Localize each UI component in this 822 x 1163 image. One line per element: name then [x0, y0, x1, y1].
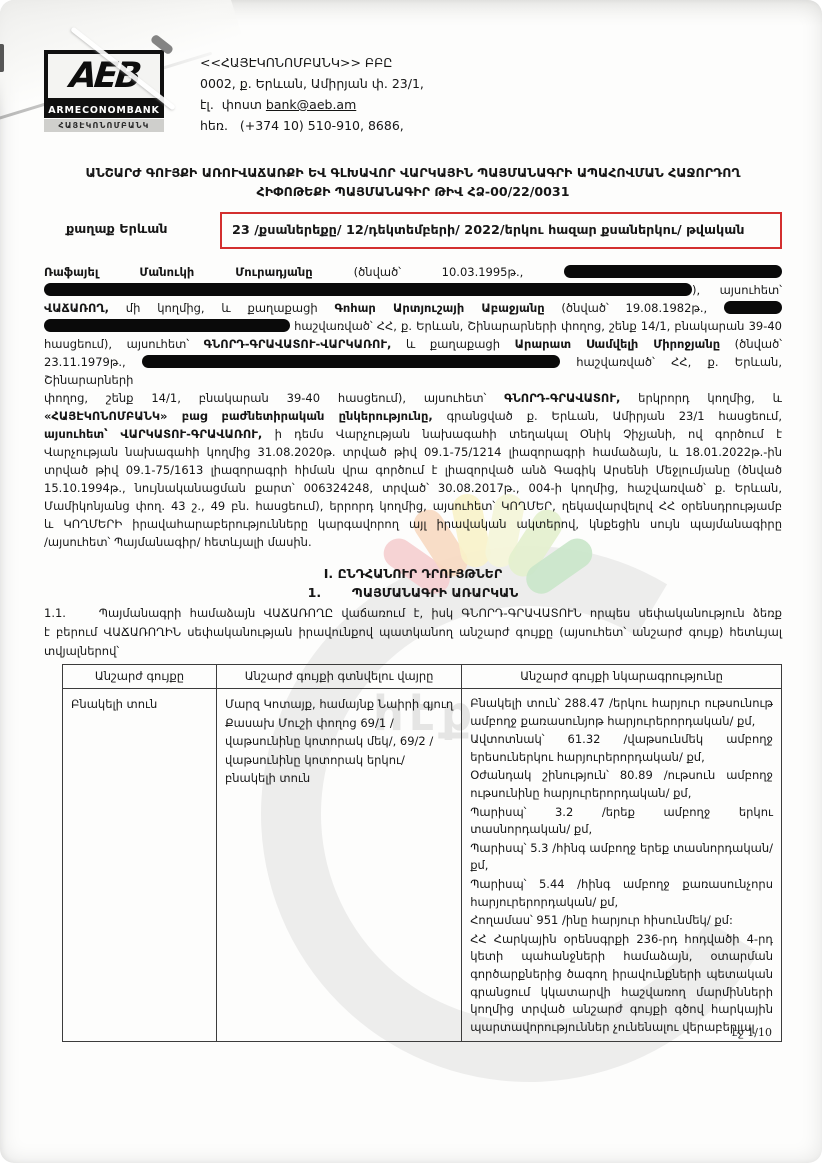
contract-title-line2: ՀԻՓՈԹԵՔԻ ՊԱՅՄԱՆԱԳԻՐ ԹԻՎ ՀՁ-00/22/0031 — [44, 182, 782, 201]
text-run: տվյալներով՝ — [44, 644, 119, 658]
bank-phone: հեռ. (+374 10) 510-910, 8686, — [200, 115, 424, 136]
logo-wordmark: ARMECONOMBANK — [44, 102, 164, 118]
bank-address: 0002, ք. Երևան, Ամիրյան փ. 23/1, — [200, 73, 424, 94]
text-run: ի դեմս Վարչության նախագահի տեղակալ Օնիկ … — [262, 427, 782, 441]
parties-paragraph: Ռաֆայել Մանուկի Մուրադյանը (ծնված՝ 10.03… — [44, 263, 782, 551]
text-line: ՎԱՃԱՌՈՂ, մի կողմից, և քաղաքացի Գոհար Արտ… — [44, 299, 782, 317]
city-label: քաղաք Երևան — [66, 222, 167, 237]
text-line: Մամիկոնյանց փող. 43 շ., 49 բն. հասցեում)… — [44, 497, 782, 515]
contract-date: 23 /քսաներեքը/ 12/դեկտեմբերի/ 2022/երկու… — [232, 223, 744, 238]
description-line: Բնակելի տուն՝ 288.47 /երկու հարյուր ութս… — [470, 695, 773, 730]
text-line: 1.1. Պայմանագրի համաձայն ՎԱՃԱՌՈՂԸ վաճառո… — [44, 604, 782, 623]
property-table: Անշարժ գույքը Անշարժ գույքի գտնվելու վայ… — [62, 664, 782, 1042]
text-run: երկրորդ կողմից, և — [620, 391, 782, 405]
date-red-box: 23 /քսաներեքը/ 12/դեկտեմբերի/ 2022/երկու… — [220, 212, 782, 249]
description-cell: Բնակելի տուն՝ 288.47 /երկու հարյուր ութս… — [462, 689, 782, 1042]
section-heading-general: I. ԸՆԴՀԱՆՈՒՐ ԴՐՈՒՅԹՆԵՐ — [44, 564, 782, 583]
text-run: 15.10.1994թ., նույնականացման քարտ՝ 00632… — [44, 481, 782, 495]
text-run: գրանցված ք. Երևան, Ամիրյան 23/1 հասցեում… — [433, 409, 782, 423]
text-run: հասցեում), այսուհետ՝ — [44, 337, 204, 351]
text-line: 23.11.1979թ., հաշվառված՝ ՀՀ, ք. Երևան, Շ… — [44, 353, 782, 389]
text-run: մի կողմից, և քաղաքացի — [109, 301, 334, 315]
text-run: Վարչության նախագահի կողմից 31.08.2020թ. … — [44, 445, 782, 459]
bank-logo: AEB ARMECONOMBANK ՀԱՅԷԿՈՆՈՄԲԱՆԿ — [44, 50, 164, 132]
text-run: ԳՆՈՐԴ-ԳՐԱՎԱՏՈՒ-ՎԱՐԿԱՌՈՒ, — [204, 337, 392, 351]
col-header-property: Անշարժ գույքը — [63, 665, 217, 689]
text-line: տրված թիվ 09.1-75/1613 լիազորագրի հիման … — [44, 461, 782, 479]
table-row: Բնակելի տուն Մարզ Կոտայք, համայնք Նաիրի … — [63, 689, 782, 1042]
text-line: /այսուհետ՝ Պայմանագիր/ հետևյալի մասին. — [44, 533, 782, 551]
contract-title-line1: ԱՆՇԱՐԺ ԳՈՒՅՔԻ ԱՌՈՒՎԱՃԱՌՔԻ ԵՎ ԳԼԽԱՎՈՐ ՎԱՐ… — [44, 163, 782, 182]
text-run: /այսուհետ՝ Պայմանագիր/ հետևյալի մասին. — [44, 535, 312, 549]
clause-1-1: 1.1. Պայմանագրի համաձայն ՎԱՃԱՌՈՂԸ վաճառո… — [44, 604, 782, 661]
text-run: 23.11.1979թ., — [44, 355, 142, 369]
description-line: Պարիսպ՝ 3.2 /երեք ամբողջ երկու տասնորդակ… — [470, 804, 773, 839]
text-run: Արարատ Սամվելի Միրոջյանը — [515, 337, 720, 351]
bank-email-line: էլ. փոստ bank@aeb.am — [200, 94, 424, 115]
contract-title: ԱՆՇԱՐԺ ԳՈՒՅՔԻ ԱՌՈՒՎԱՃԱՌՔԻ ԵՎ ԳԼԽԱՎՈՐ ՎԱՐ… — [44, 163, 782, 201]
email-label: էլ. փոստ — [200, 97, 266, 112]
text-line: տվյալներով՝ — [44, 642, 782, 661]
section-heading-subject: 1. ՊԱՅՄԱՆԱԳՐԻ ԱՌԱՐԿԱՆ — [44, 583, 782, 602]
table-header-row: Անշարժ գույքը Անշարժ գույքի գտնվելու վայ… — [63, 665, 782, 689]
description-line: Հողամաս՝ 951 /ինը հարյուր հիսունմեկ/ քմ: — [470, 912, 773, 930]
text-line: փողոց, շենք 14/1, բնակարան 39-40 հասցեու… — [44, 389, 782, 407]
logo-aeb-text: AEB — [68, 59, 140, 94]
bank-email: bank@aeb.am — [266, 97, 356, 112]
redaction-bar — [564, 265, 782, 278]
text-line: Վարչության նախագահի կողմից 31.08.2020թ. … — [44, 443, 782, 461]
text-line: և ԿՈՂՄԵՐԻ իրավահարաբերությունները կարգավ… — [44, 515, 782, 533]
description-line: Ավտոտնակ՝ 61.32 /վաթսունմեկ ամբողջ երեսո… — [470, 731, 773, 766]
page-number: էջ 1/10 — [732, 1026, 772, 1039]
text-run: ՎԱՃԱՌՈՂ, — [44, 301, 109, 315]
text-run: (ծնված՝ 19.08.1982թ., — [545, 301, 724, 315]
text-run: Մամիկոնյանց փող. 43 շ., 49 բն. հասցեում)… — [44, 499, 782, 513]
text-run: Գոհար Արտյուշայի Աբաջյանը — [334, 301, 544, 315]
redaction-bar — [44, 319, 290, 332]
text-run: ), այսուհետ՝ — [692, 283, 782, 297]
text-run: տրված թիվ 09.1-75/1613 լիազորագրի հիման … — [44, 463, 782, 477]
text-line: հաշվառված՝ ՀՀ, ք. Երևան, Շինարարների փող… — [44, 317, 782, 335]
text-run: այսուհետ՝ ՎԱՐԿԱՏՈՒ-ԳՐԱՎԱՌՈՒ, — [44, 427, 262, 441]
scanned-contract-page: հէք AEB ARMECONOMBANK ՀԱՅԷԿՈՆՈՄԲԱՆԿ <<ՀԱ… — [0, 0, 822, 1163]
bank-contact-block: <<ՀԱՅԷԿՈՆՈՄԲԱՆԿ>> ԲԲԸ 0002, ք. Երևան, Ամ… — [200, 50, 424, 136]
redaction-bar — [142, 355, 560, 368]
text-run: Ռաֆայել Մանուկի Մուրադյանը — [44, 265, 354, 279]
text-line: ), այսուհետ՝ — [44, 281, 782, 299]
text-run: 1.1. Պայմանագրի համաձայն ՎԱՃԱՌՈՂԸ վաճառո… — [44, 606, 782, 620]
letterhead: AEB ARMECONOMBANK ՀԱՅԷԿՈՆՈՄԲԱՆԿ <<ՀԱՅԷԿՈ… — [44, 50, 782, 136]
location-cell: Մարզ Կոտայք, համայնք Նաիրի գյուղ Քասախ Մ… — [216, 689, 461, 1042]
text-run: ԳՆՈՐԴ-ԳՐԱՎԱՏՈՒ, — [504, 391, 620, 405]
col-header-location: Անշարժ գույքի գտնվելու վայրը — [216, 665, 461, 689]
bank-name: <<ՀԱՅԷԿՈՆՈՄԲԱՆԿ>> ԲԲԸ — [200, 52, 424, 73]
text-line: Ռաֆայել Մանուկի Մուրադյանը (ծնված՝ 10.03… — [44, 263, 782, 281]
description-line: Պարիսպ՝ 5.44 /հինգ ամբողջ քառասունչորս հ… — [470, 876, 773, 911]
text-run: «ՀԱՅԷԿՈՆՈՄԲԱՆԿ» բաց բաժնետիրական ընկերու… — [44, 409, 433, 423]
dateline: քաղաք Երևան 23 /քսաներեքը/ 12/դեկտեմբերի… — [44, 212, 782, 249]
text-run: է բերում ՎԱՃԱՌՈՂԻՆ սեփականության իրավուն… — [44, 625, 782, 639]
property-cell: Բնակելի տուն — [63, 689, 217, 1042]
text-run: հաշվառված՝ ՀՀ, ք. Երևան, Շինարարների փող… — [290, 319, 782, 333]
text-line: «ՀԱՅԷԿՈՆՈՄԲԱՆԿ» բաց բաժնետիրական ընկերու… — [44, 407, 782, 425]
description-line: Օժանդակ շինություն՝ 80.89 /ութսուն ամբող… — [470, 767, 773, 802]
text-run: (ծնված՝ — [720, 337, 782, 351]
text-line: հասցեում), այսուհետ՝ ԳՆՈՐԴ-ԳՐԱՎԱՏՈՒ-ՎԱՐԿ… — [44, 335, 782, 353]
text-run: (ծնված՝ 10.03.1995թ., — [354, 265, 564, 279]
redaction-bar — [44, 283, 692, 296]
description-line: Պարիսպ՝ 5.3 /հինգ ամբողջ երեք տասնորդակա… — [470, 840, 773, 875]
col-header-description: Անշարժ գույքի նկարագրությունը — [462, 665, 782, 689]
text-line: 15.10.1994թ., նույնականացման քարտ՝ 00632… — [44, 479, 782, 497]
logo-frame: AEB — [44, 50, 164, 102]
text-line: է բերում ՎԱՃԱՌՈՂԻՆ սեփականության իրավուն… — [44, 623, 782, 642]
description-line: ՀՀ Հարկային օրենսգրքի 236-րդ հոդվածի 4-ր… — [470, 931, 773, 1037]
logo-armenian-wordmark: ՀԱՅԷԿՈՆՈՄԲԱՆԿ — [44, 119, 164, 132]
redaction-bar — [724, 301, 782, 314]
text-line: այսուհետ՝ ՎԱՐԿԱՏՈՒ-ԳՐԱՎԱՌՈՒ, ի դեմս Վարչ… — [44, 425, 782, 443]
text-run: փողոց, շենք 14/1, բնակարան 39-40 հասցեու… — [44, 391, 504, 405]
text-run: և քաղաքացի — [391, 337, 514, 351]
text-run: և ԿՈՂՄԵՐԻ իրավահարաբերությունները կարգավ… — [44, 517, 782, 531]
